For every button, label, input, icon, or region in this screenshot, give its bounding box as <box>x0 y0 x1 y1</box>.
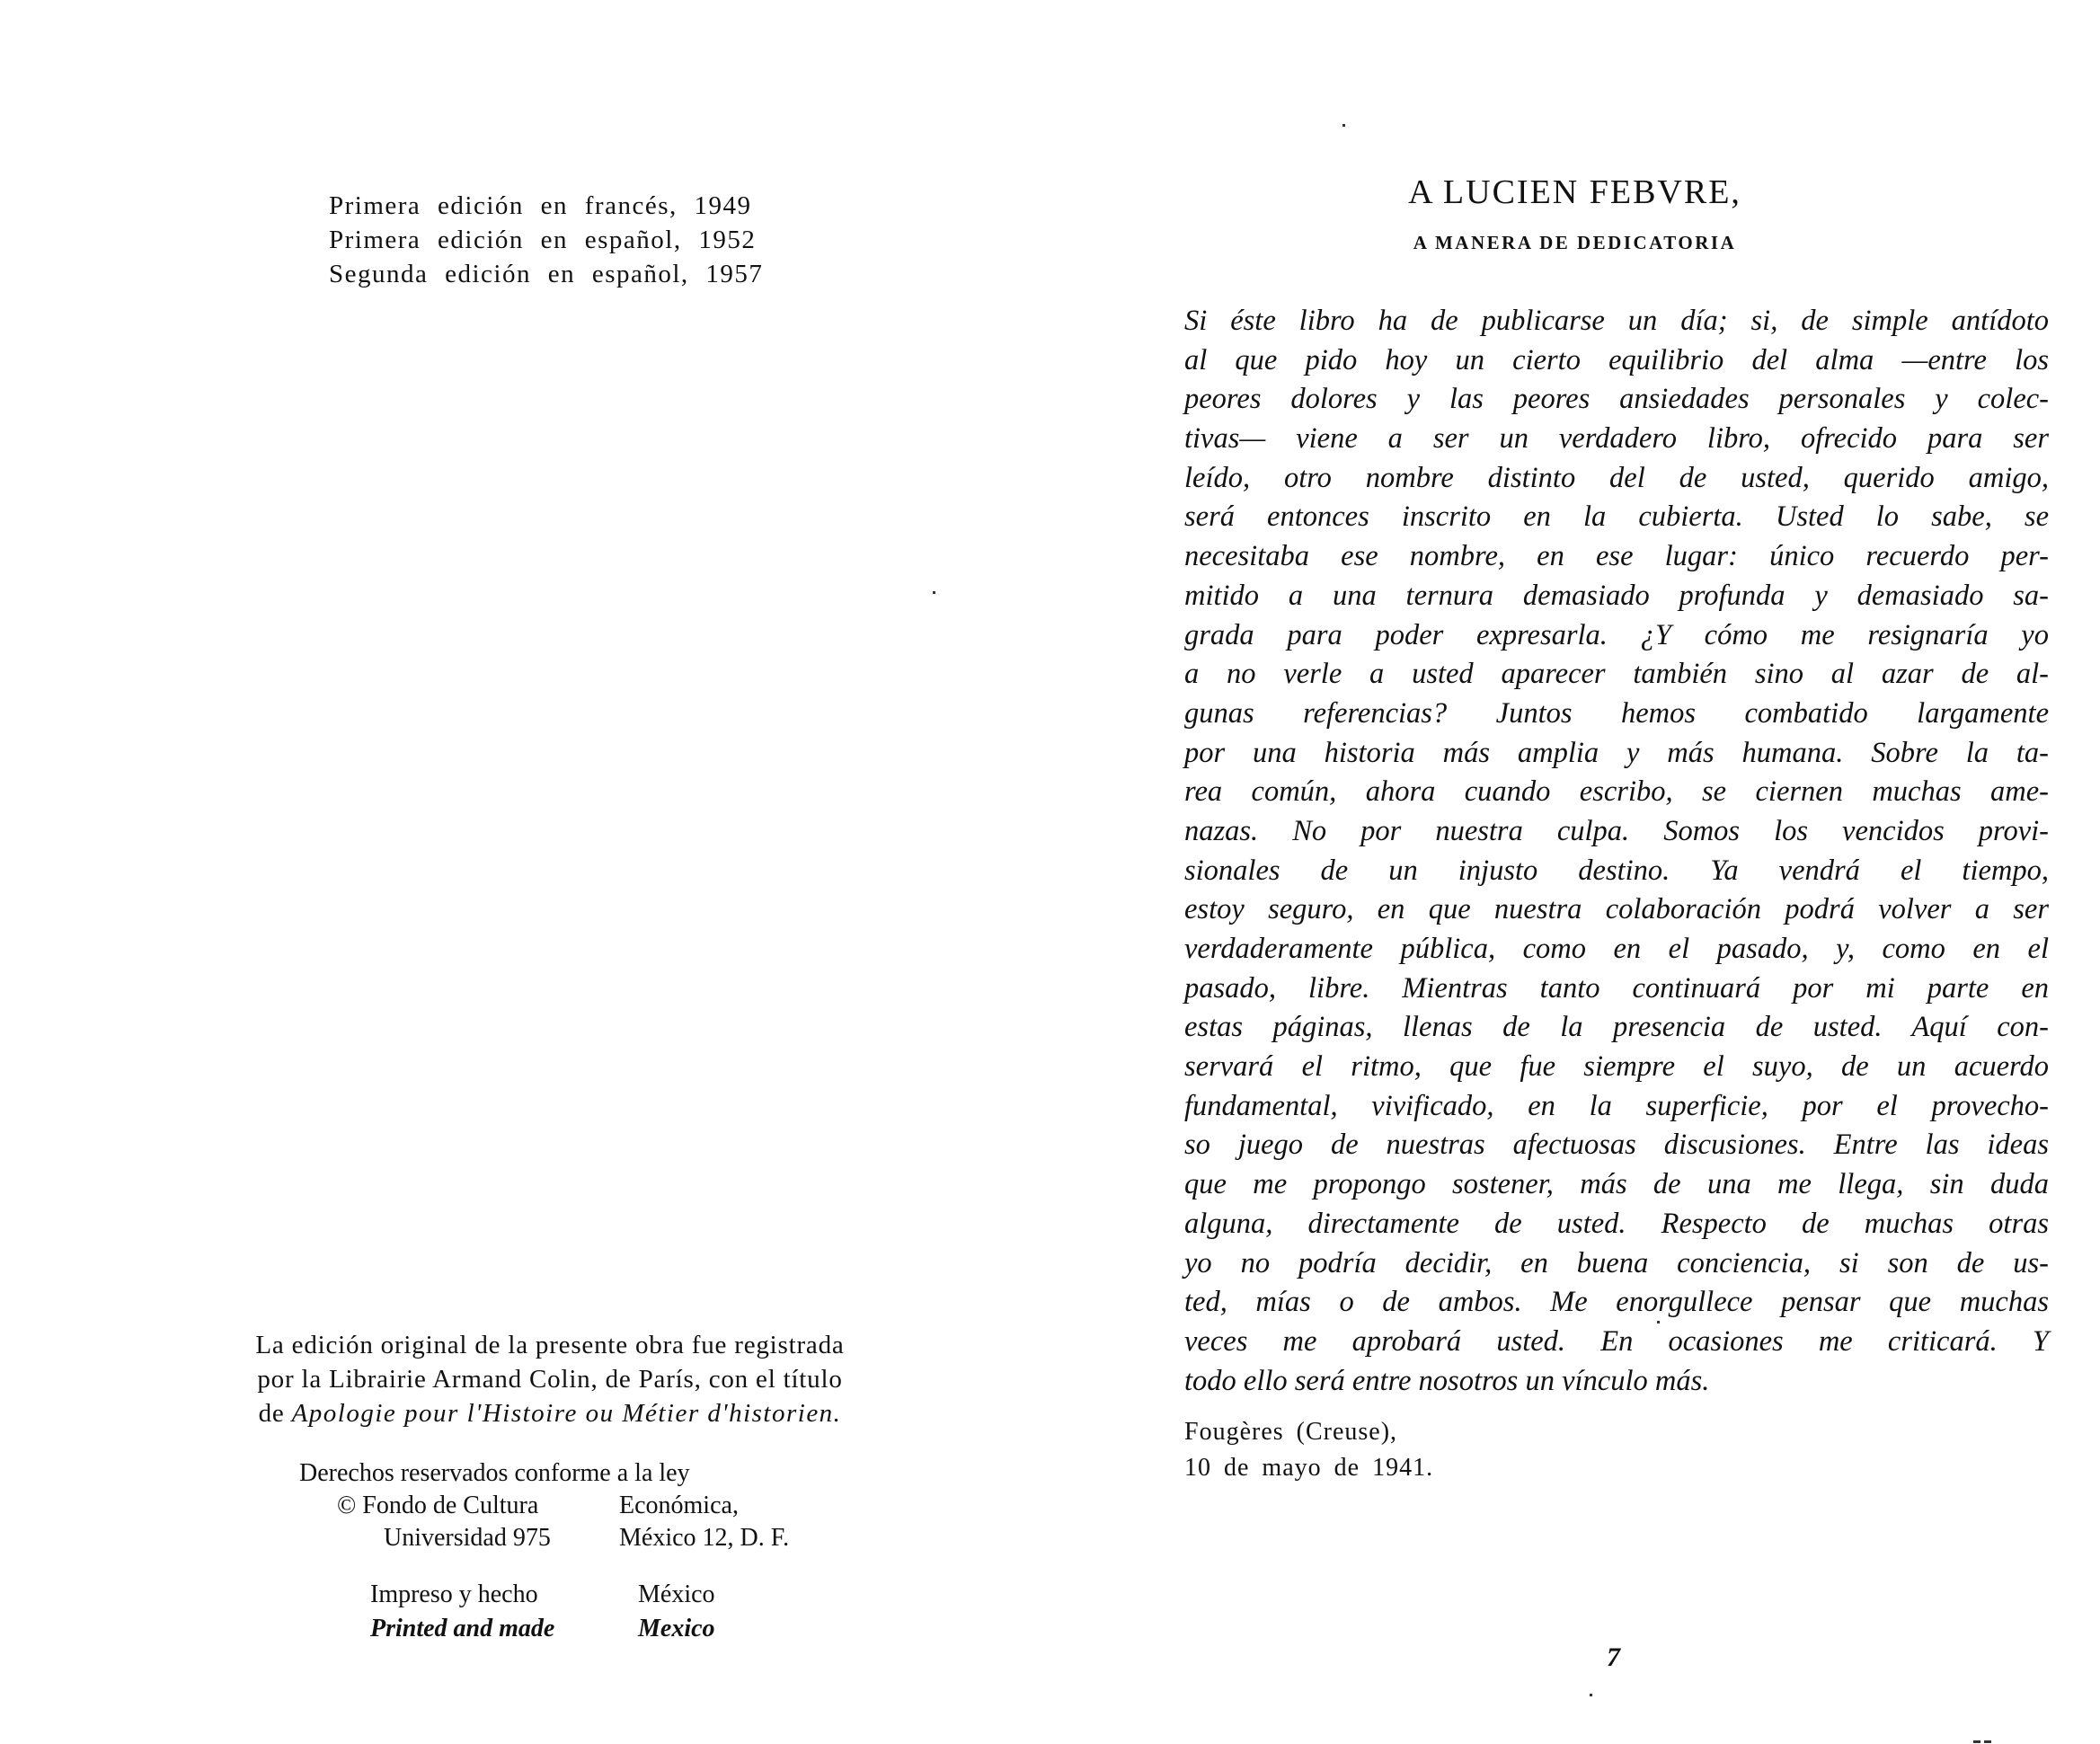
scan-speck <box>1984 1740 1991 1743</box>
scan-speck <box>933 591 935 594</box>
body-line: veces me aprobará usted. En ocasiones me… <box>1184 1323 2049 1362</box>
body-line: será entonces inscrito en la cubierta. U… <box>1184 498 2049 537</box>
registro-line-title: de Apologie pour l'Histoire ou Métier d'… <box>203 1396 897 1430</box>
scan-speck <box>1657 1321 1660 1323</box>
body-line: leído, otro nombre distinto del de usted… <box>1184 459 2049 499</box>
printed-en-label: Printed and made <box>370 1615 554 1642</box>
printed-es-label: Impreso y hecho <box>370 1580 538 1608</box>
body-line: gunas referencias? Juntos hemos combatid… <box>1184 695 2049 734</box>
edition-line: Segunda edición en español, 1957 <box>329 257 763 291</box>
body-line: rea común, ahora cuando escribo, se cier… <box>1184 773 2049 812</box>
rights-statement: Derechos reservados conforme a la ley <box>299 1457 690 1490</box>
body-line: yo no podría decidir, en buena concienci… <box>1184 1244 2049 1284</box>
body-line: peores dolores y las peores ansiedades p… <box>1184 380 2049 420</box>
page-number: 7 <box>1607 1642 1620 1673</box>
body-line: necesitaba ese nombre, en ese lugar: úni… <box>1184 537 2049 577</box>
right-page-dedication: A LUCIEN FEBVRE, A MANERA DE DEDICATORIA… <box>1050 0 2100 1744</box>
edition-history: Primera edición en francés, 1949 Primera… <box>329 189 763 291</box>
body-line: que me propongo sostener, más de una me … <box>1184 1165 2049 1205</box>
left-page-copyright: Primera edición en francés, 1949 Primera… <box>0 0 1050 1744</box>
edition-line: Primera edición en francés, 1949 <box>329 189 763 223</box>
body-line: nazas. No por nuestra culpa. Somos los v… <box>1184 812 2049 852</box>
copyright-holder-cont: Económica, <box>619 1490 739 1522</box>
body-line: Si éste libro ha de publicarse un día; s… <box>1184 302 2049 341</box>
body-line: estoy seguro, en que nuestra colaboració… <box>1184 890 2049 930</box>
printed-es-country: México <box>638 1578 715 1612</box>
edition-line: Primera edición en español, 1952 <box>329 223 763 257</box>
body-line: alguna, directamente de usted. Respecto … <box>1184 1205 2049 1244</box>
body-line: pasado, libre. Mientras tanto continuará… <box>1184 969 2049 1009</box>
body-line: sionales de un injusto destino. Ya vendr… <box>1184 852 2049 891</box>
signature-date: 10 de mayo de 1941. <box>1184 1450 1433 1486</box>
body-line: mitido a una ternura demasiado profunda … <box>1184 577 2049 616</box>
scan-speck <box>1590 1694 1592 1696</box>
scan-speck <box>1973 1740 1980 1743</box>
registro-line: por la Librairie Armand Colin, de París,… <box>203 1362 897 1396</box>
body-line: estas páginas, llenas de la presencia de… <box>1184 1008 2049 1048</box>
copyright-holder: © Fondo de Cultura <box>337 1490 538 1522</box>
body-line: al que pido hoy un cierto equilibrio del… <box>1184 341 2049 381</box>
dedication-subtitle: A MANERA DE DEDICATORIA <box>1050 232 2100 254</box>
original-edition-note: La edición original de la presente obra … <box>203 1328 897 1430</box>
body-line: por una historia más amplia y más humana… <box>1184 734 2049 774</box>
scan-speck <box>1342 124 1345 127</box>
body-line: fundamental, vivificado, en la superfici… <box>1184 1087 2049 1127</box>
dedication-body: Si éste libro ha de publicarse un día; s… <box>1184 302 2049 1401</box>
body-line: verdaderamente pública, como en el pasad… <box>1184 930 2049 969</box>
body-line: grada para poder expresarla. ¿Y cómo me … <box>1184 616 2049 656</box>
printed-in-block: Impreso y hechoMéxico Printed and madeMe… <box>370 1578 554 1646</box>
registro-line: La edición original de la presente obra … <box>203 1328 897 1362</box>
body-line: todo ello será entre nosotros un vínculo… <box>1184 1362 2049 1402</box>
registro-prefix: de <box>259 1399 292 1428</box>
body-line: ted, mías o de ambos. Me enorgullece pen… <box>1184 1283 2049 1323</box>
body-line: servará el ritmo, que fue siempre el suy… <box>1184 1048 2049 1087</box>
body-line: so juego de nuestras afectuosas discusio… <box>1184 1126 2049 1165</box>
signature-place: Fougères (Creuse), <box>1184 1414 1433 1450</box>
publisher-address: Universidad 975 <box>384 1522 551 1554</box>
dedication-title: A LUCIEN FEBVRE, <box>1050 173 2100 212</box>
body-line: a no verle a usted aparecer también sino… <box>1184 655 2049 695</box>
signature-block: Fougères (Creuse), 10 de mayo de 1941. <box>1184 1414 1433 1486</box>
original-title: Apologie pour l'Histoire ou Métier d'his… <box>292 1399 842 1428</box>
printed-en-country: Mexico <box>638 1612 715 1646</box>
publisher-city: México 12, D. F. <box>619 1522 789 1554</box>
body-line: tivas— viene a ser un verdadero libro, o… <box>1184 420 2049 459</box>
